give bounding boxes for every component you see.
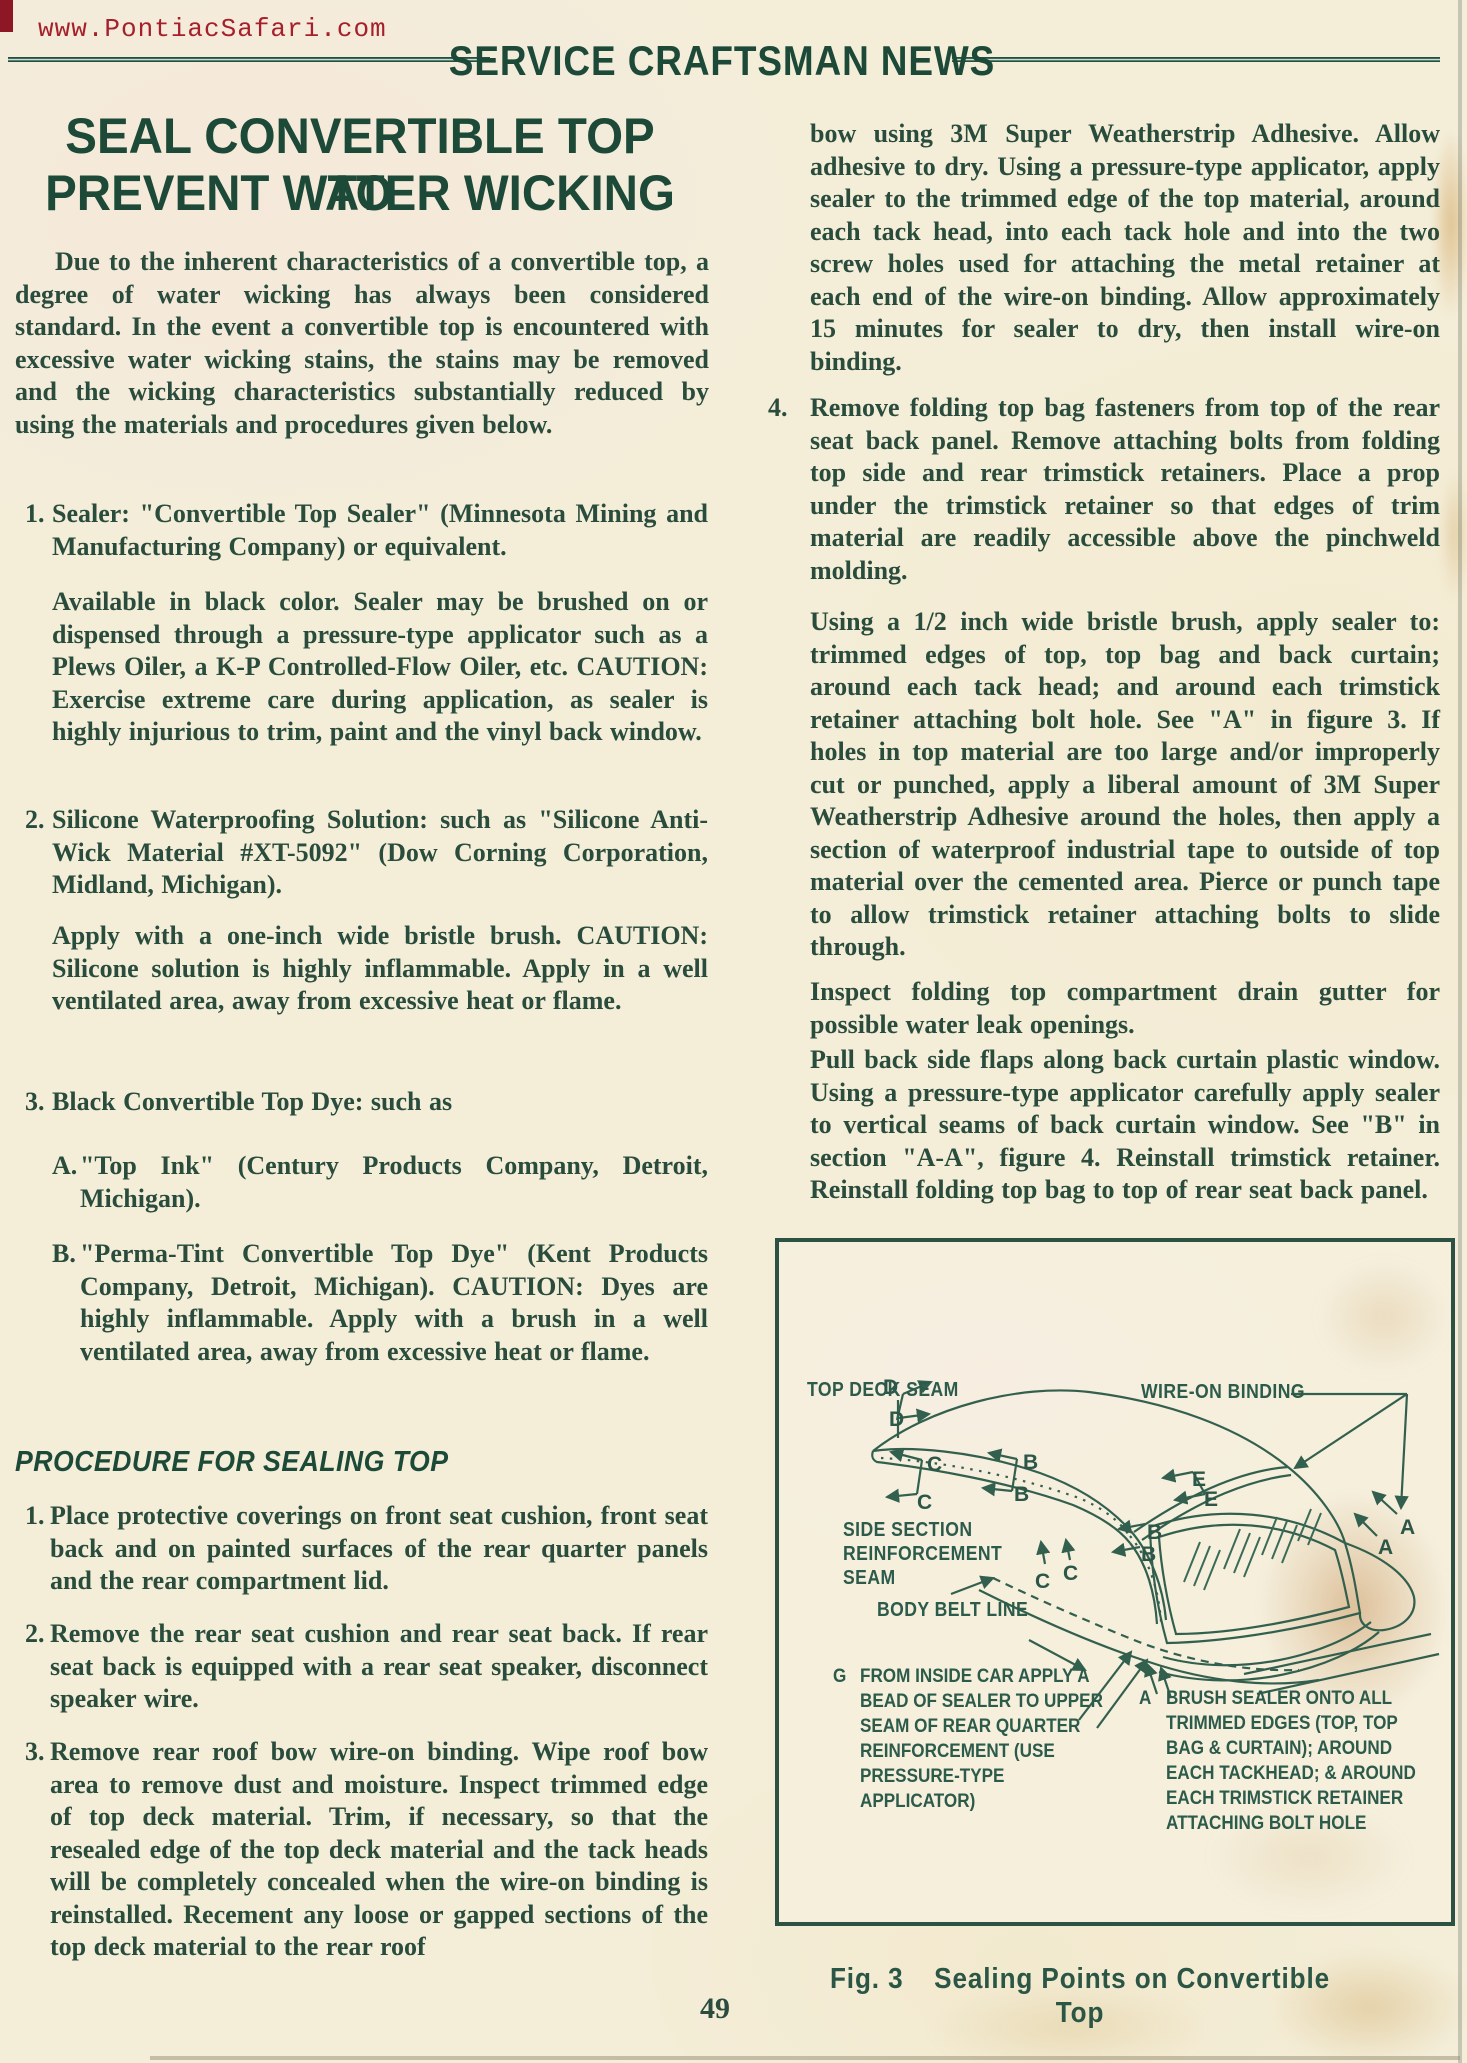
step-number-1: 1. xyxy=(25,1500,45,1533)
callout-letter-b1: B xyxy=(1023,1451,1038,1474)
procedure-step-4: 4. Remove folding top bag fasteners from… xyxy=(810,392,1440,587)
paragraph-pull-flaps: Pull back side flaps along back curtain … xyxy=(810,1044,1440,1207)
step-number-2: 2. xyxy=(25,1618,45,1651)
callout-letter-b2: B xyxy=(1014,1483,1029,1506)
procedure-step-1: 1. Place protective coverings on front s… xyxy=(50,1500,708,1598)
figure-note-a-letter: A xyxy=(1139,1686,1166,1836)
procedure-step-2: 2. Remove the rear seat cushion and rear… xyxy=(50,1618,708,1716)
material-item-2: 2. Silicone Waterproofing Solution: such… xyxy=(52,804,708,902)
step-body-3: Remove rear roof bow wire-on binding. Wi… xyxy=(50,1737,708,1961)
figure-caption: Fig. 3Sealing Points on Convertible Top xyxy=(828,1962,1332,2030)
label-top-deck-seam: TOP DECK SEAM xyxy=(807,1378,983,1402)
paragraph-using-brush: Using a 1/2 inch wide bristle brush, app… xyxy=(810,606,1440,964)
scan-right-edge-line xyxy=(1458,0,1462,2063)
procedure-heading: PROCEDURE FOR SEALING TOP xyxy=(15,1446,448,1478)
figure-note-g: G FROM INSIDE CAR APPLY A BEAD OF SEALER… xyxy=(833,1664,1130,1814)
material-sub-letter-a: A. xyxy=(52,1150,77,1183)
step3-continuation: bow using 3M Super Weatherstrip Adhesive… xyxy=(810,118,1440,378)
figure-caption-prefix: Fig. 3 xyxy=(830,1963,904,1995)
masthead-title: SERVICE CRAFTSMAN NEWS xyxy=(87,38,1358,84)
label-body-belt-line: BODY BELT LINE xyxy=(877,1598,1053,1622)
intro-paragraph: Due to the inherent characteristics of a… xyxy=(15,246,709,441)
callout-letter-c1: C xyxy=(927,1453,942,1476)
figure-note-a: A BRUSH SEALER ONTO ALL TRIMMED EDGES (T… xyxy=(1139,1686,1427,1836)
material-number-2: 2. xyxy=(25,804,45,837)
scan-corner-mark xyxy=(0,0,13,32)
callout-letter-d2: D xyxy=(889,1408,904,1431)
step-number-3: 3. xyxy=(25,1736,45,1769)
article-title-line2: PREVENT WATER WICKING xyxy=(32,165,688,222)
figure-note-g-text: FROM INSIDE CAR APPLY A BEAD OF SEALER T… xyxy=(860,1664,1123,1814)
material-item-1: 1. Sealer: "Convertible Top Sealer" (Min… xyxy=(52,498,708,563)
material-body-1: Sealer: "Convertible Top Sealer" (Minnes… xyxy=(52,499,708,561)
callout-letter-a1: A xyxy=(1400,1516,1415,1539)
figure-3-box: D D C C B B E E B B A A C C TOP DECK SEA… xyxy=(775,1238,1455,1926)
material-sub-body-b: "Perma-Tint Convertible Top Dye" (Kent P… xyxy=(80,1239,708,1366)
figure-caption-text: Sealing Points on Convertible Top xyxy=(934,1963,1330,2029)
material-note-2: Apply with a one-inch wide bristle brush… xyxy=(52,920,708,1018)
material-sub-letter-b: B. xyxy=(52,1238,76,1271)
material-body-2: Silicone Waterproofing Solution: such as… xyxy=(52,805,708,899)
scanned-page: www.PontiacSafari.com SERVICE CRAFTSMAN … xyxy=(0,0,1467,2063)
step-body-1: Place protective coverings on front seat… xyxy=(50,1501,708,1595)
step-number-4: 4. xyxy=(768,392,788,425)
callout-letter-b3: B xyxy=(1147,1521,1162,1544)
paragraph-inspect-gutter: Inspect folding top compartment drain gu… xyxy=(810,976,1440,1041)
callout-letter-c4: C xyxy=(1063,1562,1078,1585)
callout-letter-e2: E xyxy=(1204,1488,1218,1511)
material-body-3: Black Convertible Top Dye: such as xyxy=(52,1087,452,1116)
material-note-1: Available in black color. Sealer may be … xyxy=(52,586,708,749)
material-sub-body-a: "Top Ink" (Century Products Company, Det… xyxy=(80,1151,708,1213)
window-hatching xyxy=(1184,1509,1321,1590)
step-body-2: Remove the rear seat cushion and rear se… xyxy=(50,1619,708,1713)
material-number-3: 3. xyxy=(25,1086,45,1119)
step-body-4: Remove folding top bag fasteners from to… xyxy=(810,393,1440,585)
material-sub-a: A. "Top Ink" (Century Products Company, … xyxy=(80,1150,708,1215)
procedure-step-3: 3. Remove rear roof bow wire-on binding.… xyxy=(50,1736,708,1964)
callout-letter-c2: C xyxy=(917,1491,932,1514)
callout-letter-b4: B xyxy=(1141,1543,1156,1566)
material-sub-b: B. "Perma-Tint Convertible Top Dye" (Ken… xyxy=(80,1238,708,1368)
figure-note-g-letter: G xyxy=(833,1664,860,1814)
material-item-3: 3. Black Convertible Top Dye: such as xyxy=(52,1086,708,1119)
callout-letter-a2: A xyxy=(1378,1536,1393,1559)
label-side-section: SIDE SECTION REINFORCEMENT SEAM xyxy=(843,1518,1045,1590)
figure-note-a-text: BRUSH SEALER ONTO ALL TRIMMED EDGES (TOP… xyxy=(1166,1686,1420,1836)
label-wire-on-binding: WIRE-ON BINDING xyxy=(1141,1380,1352,1404)
material-number-1: 1. xyxy=(25,498,45,531)
page-number: 49 xyxy=(700,1992,730,2026)
scan-bottom-edge-line xyxy=(150,2056,1460,2060)
stain-right-mid xyxy=(1440,470,1467,600)
